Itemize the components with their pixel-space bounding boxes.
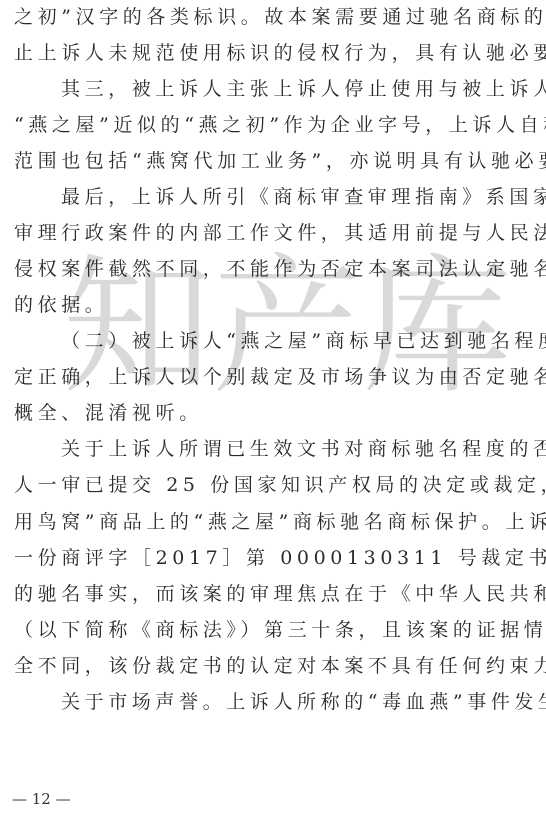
text-line: 全不同，该份裁定书的认定对本案不具有任何约束力。 bbox=[14, 654, 546, 678]
text-line: 侵权案件截然不同，不能作为否定本案司法认定驰名商标必要性 bbox=[14, 257, 546, 281]
text-line: 止上诉人未规范使用标识的侵权行为，具有认驰必要性。 bbox=[14, 41, 546, 65]
text-line: 的依据。 bbox=[14, 293, 108, 317]
text-line: （以下简称《商标法》）第三十条，且该案的证据情况与本案完 bbox=[14, 618, 546, 642]
text-line: 概全、混淆视听。 bbox=[14, 401, 203, 425]
text-line: 关于市场声誉。上诉人所称的“毒血燕”事件发生于 2011 bbox=[61, 690, 546, 714]
text-line: “燕之屋”近似的“燕之初”作为企业字号，上诉人自称其经营 bbox=[14, 113, 546, 137]
text-line: 范围也包括“燕窝代加工业务”，亦说明具有认驰必要性。 bbox=[14, 149, 546, 173]
text-line: 人一审已提交 25 份国家知识产权局的决定或裁定，均给予“食 bbox=[14, 473, 546, 497]
text-line: 之初”汉字的各类标识。故本案需要通过驰名商标的跨类保护禁 bbox=[14, 5, 546, 29]
text-line: 的驰名事实，而该案的审理焦点在于《中华人民共和国商标法》 bbox=[14, 582, 546, 606]
text-line: （二）被上诉人“燕之屋”商标早已达到驰名程度，一审认 bbox=[61, 329, 546, 353]
text-line: 最后，上诉人所引《商标审查审理指南》系国家知识产权局 bbox=[61, 185, 546, 209]
text-line: 关于上诉人所谓已生效文书对商标驰名程度的否认。被上诉 bbox=[61, 437, 546, 461]
text-line: 用鸟窝”商品上的“燕之屋”商标驰名商标保护。上诉人仅援引 bbox=[14, 510, 546, 534]
text-line: 定正确，上诉人以个别裁定及市场争议为由否定驰名，实属以偏 bbox=[14, 365, 546, 389]
text-line: 其三，被上诉人主张上诉人停止使用与被上诉人驰名商标 bbox=[61, 77, 546, 101]
page-number: — 12 — bbox=[12, 789, 71, 809]
text-line: 一份商评字［2017］第 0000130311 号裁定书试图否定“燕之屋” bbox=[14, 546, 546, 570]
document-page: 知产库 之初”汉字的各类标识。故本案需要通过驰名商标的跨类保护禁 止上诉人未规范… bbox=[0, 0, 546, 829]
text-line: 审理行政案件的内部工作文件，其适用前提与人民法院审理民事 bbox=[14, 221, 546, 245]
